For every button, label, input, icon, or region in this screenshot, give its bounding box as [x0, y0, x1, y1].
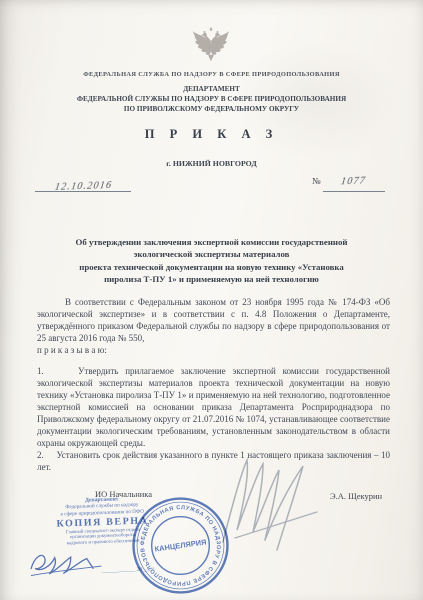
signer-name: Э.А. Щекурин — [330, 491, 382, 501]
department-line-1: ДЕПАРТАМЕНТ — [0, 85, 423, 95]
stamp-center-label: КАНЦЕЛЯРИЯ — [154, 537, 207, 553]
number-field: № 1077 — [312, 176, 385, 191]
document-type-title: П Р И К А З — [0, 127, 423, 142]
department-line-2: ФЕДЕРАЛЬНОЙ СЛУЖБЫ ПО НАДЗОРУ В СФЕРЕ ПР… — [0, 95, 423, 105]
preamble-paragraph: В соответствии с Федеральным законом от … — [37, 296, 390, 344]
subject-line-4: пиролиза Т-ПУ 1» и применяемую на ней те… — [30, 273, 393, 285]
order-item-1: 1. Утвердить прилагаемое заключение эксп… — [37, 365, 390, 449]
stamp-ring-text: ФЕДЕРАЛЬНАЯ СЛУЖБА ПО НАДЗОРУ В СФЕРЕ ПР… — [130, 495, 221, 586]
handwritten-number: 1077 — [341, 176, 368, 188]
subject-line-1: Об утверждении заключения экспертной ком… — [30, 236, 393, 248]
number-label: № — [312, 176, 321, 186]
department-line-3: ПО ПРИВОЛЖСКОМУ ФЕДЕРАЛЬНОМУ ОКРУГУ — [0, 105, 423, 115]
russia-coat-of-arms-icon — [188, 25, 234, 69]
date-field: 12.10.2016 — [35, 176, 131, 192]
subject-line-2: экологической экспертизы материалов — [30, 248, 393, 260]
svg-text:ФЕДЕРАЛЬНАЯ СЛУЖБА ПО НАДЗОРУ: ФЕДЕРАЛЬНАЯ СЛУЖБА ПО НАДЗОРУ В СФЕРЕ ПР… — [130, 495, 221, 586]
order-subject: Об утверждении заключения экспертной ком… — [30, 236, 393, 286]
order-body: В соответствии с Федеральным законом от … — [37, 296, 390, 473]
subject-line-3: проекта технической документации на нову… — [30, 261, 393, 273]
prikaz-word: п р и к а з ы в а ю: — [37, 344, 390, 356]
scanned-order-document: ФЕДЕРАЛЬНАЯ СЛУЖБА ПО НАДЗОРУ В СФЕРЕ ПР… — [0, 0, 423, 600]
city-line: г. НИЖНИЙ НОВГОРОД — [0, 159, 423, 168]
agency-name: ФЕДЕРАЛЬНАЯ СЛУЖБА ПО НАДЗОРУ В СФЕРЕ ПР… — [0, 71, 423, 78]
handwritten-date: 12.10.2016 — [54, 180, 113, 193]
department-name-block: ДЕПАРТАМЕНТ ФЕДЕРАЛЬНОЙ СЛУЖБЫ ПО НАДЗОР… — [0, 85, 423, 114]
round-chancellery-stamp: ФЕДЕРАЛЬНАЯ СЛУЖБА ПО НАДЗОРУ В СФЕРЕ ПР… — [130, 495, 231, 596]
